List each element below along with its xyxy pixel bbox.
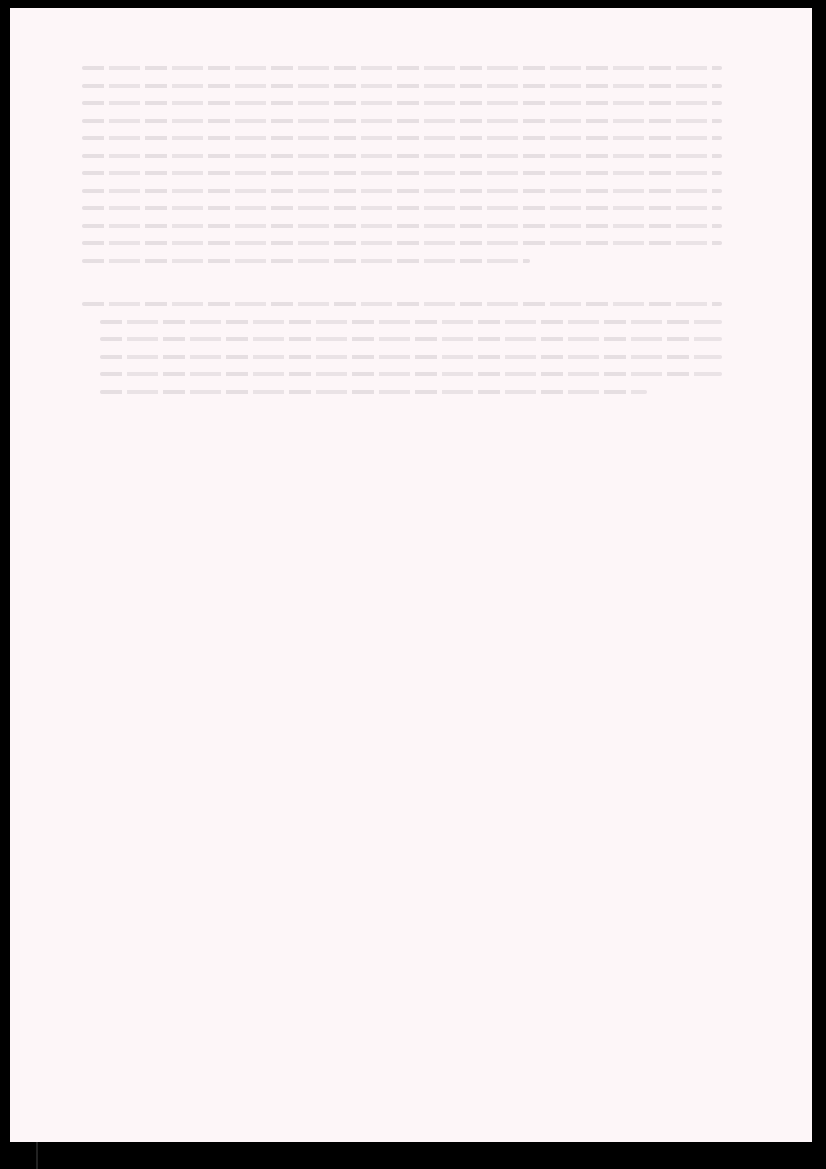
text-line (82, 136, 722, 140)
text-line (82, 66, 722, 70)
text-line (100, 355, 722, 359)
text-line (82, 84, 722, 88)
text-line (82, 119, 722, 123)
text-line (82, 206, 722, 210)
text-line (82, 189, 722, 193)
text-line (82, 224, 722, 228)
text-line (100, 372, 722, 376)
text-line (82, 241, 722, 245)
text-line (82, 154, 722, 158)
text-line (100, 337, 722, 341)
text-line (82, 171, 722, 175)
scan-artifact (36, 1142, 38, 1169)
text-line (82, 101, 722, 105)
text-line (100, 320, 722, 324)
text-line (82, 259, 530, 263)
text-line (100, 390, 647, 394)
scanned-page: [illegible faded text] [illegible faded … (10, 8, 812, 1142)
text-line (82, 302, 722, 306)
